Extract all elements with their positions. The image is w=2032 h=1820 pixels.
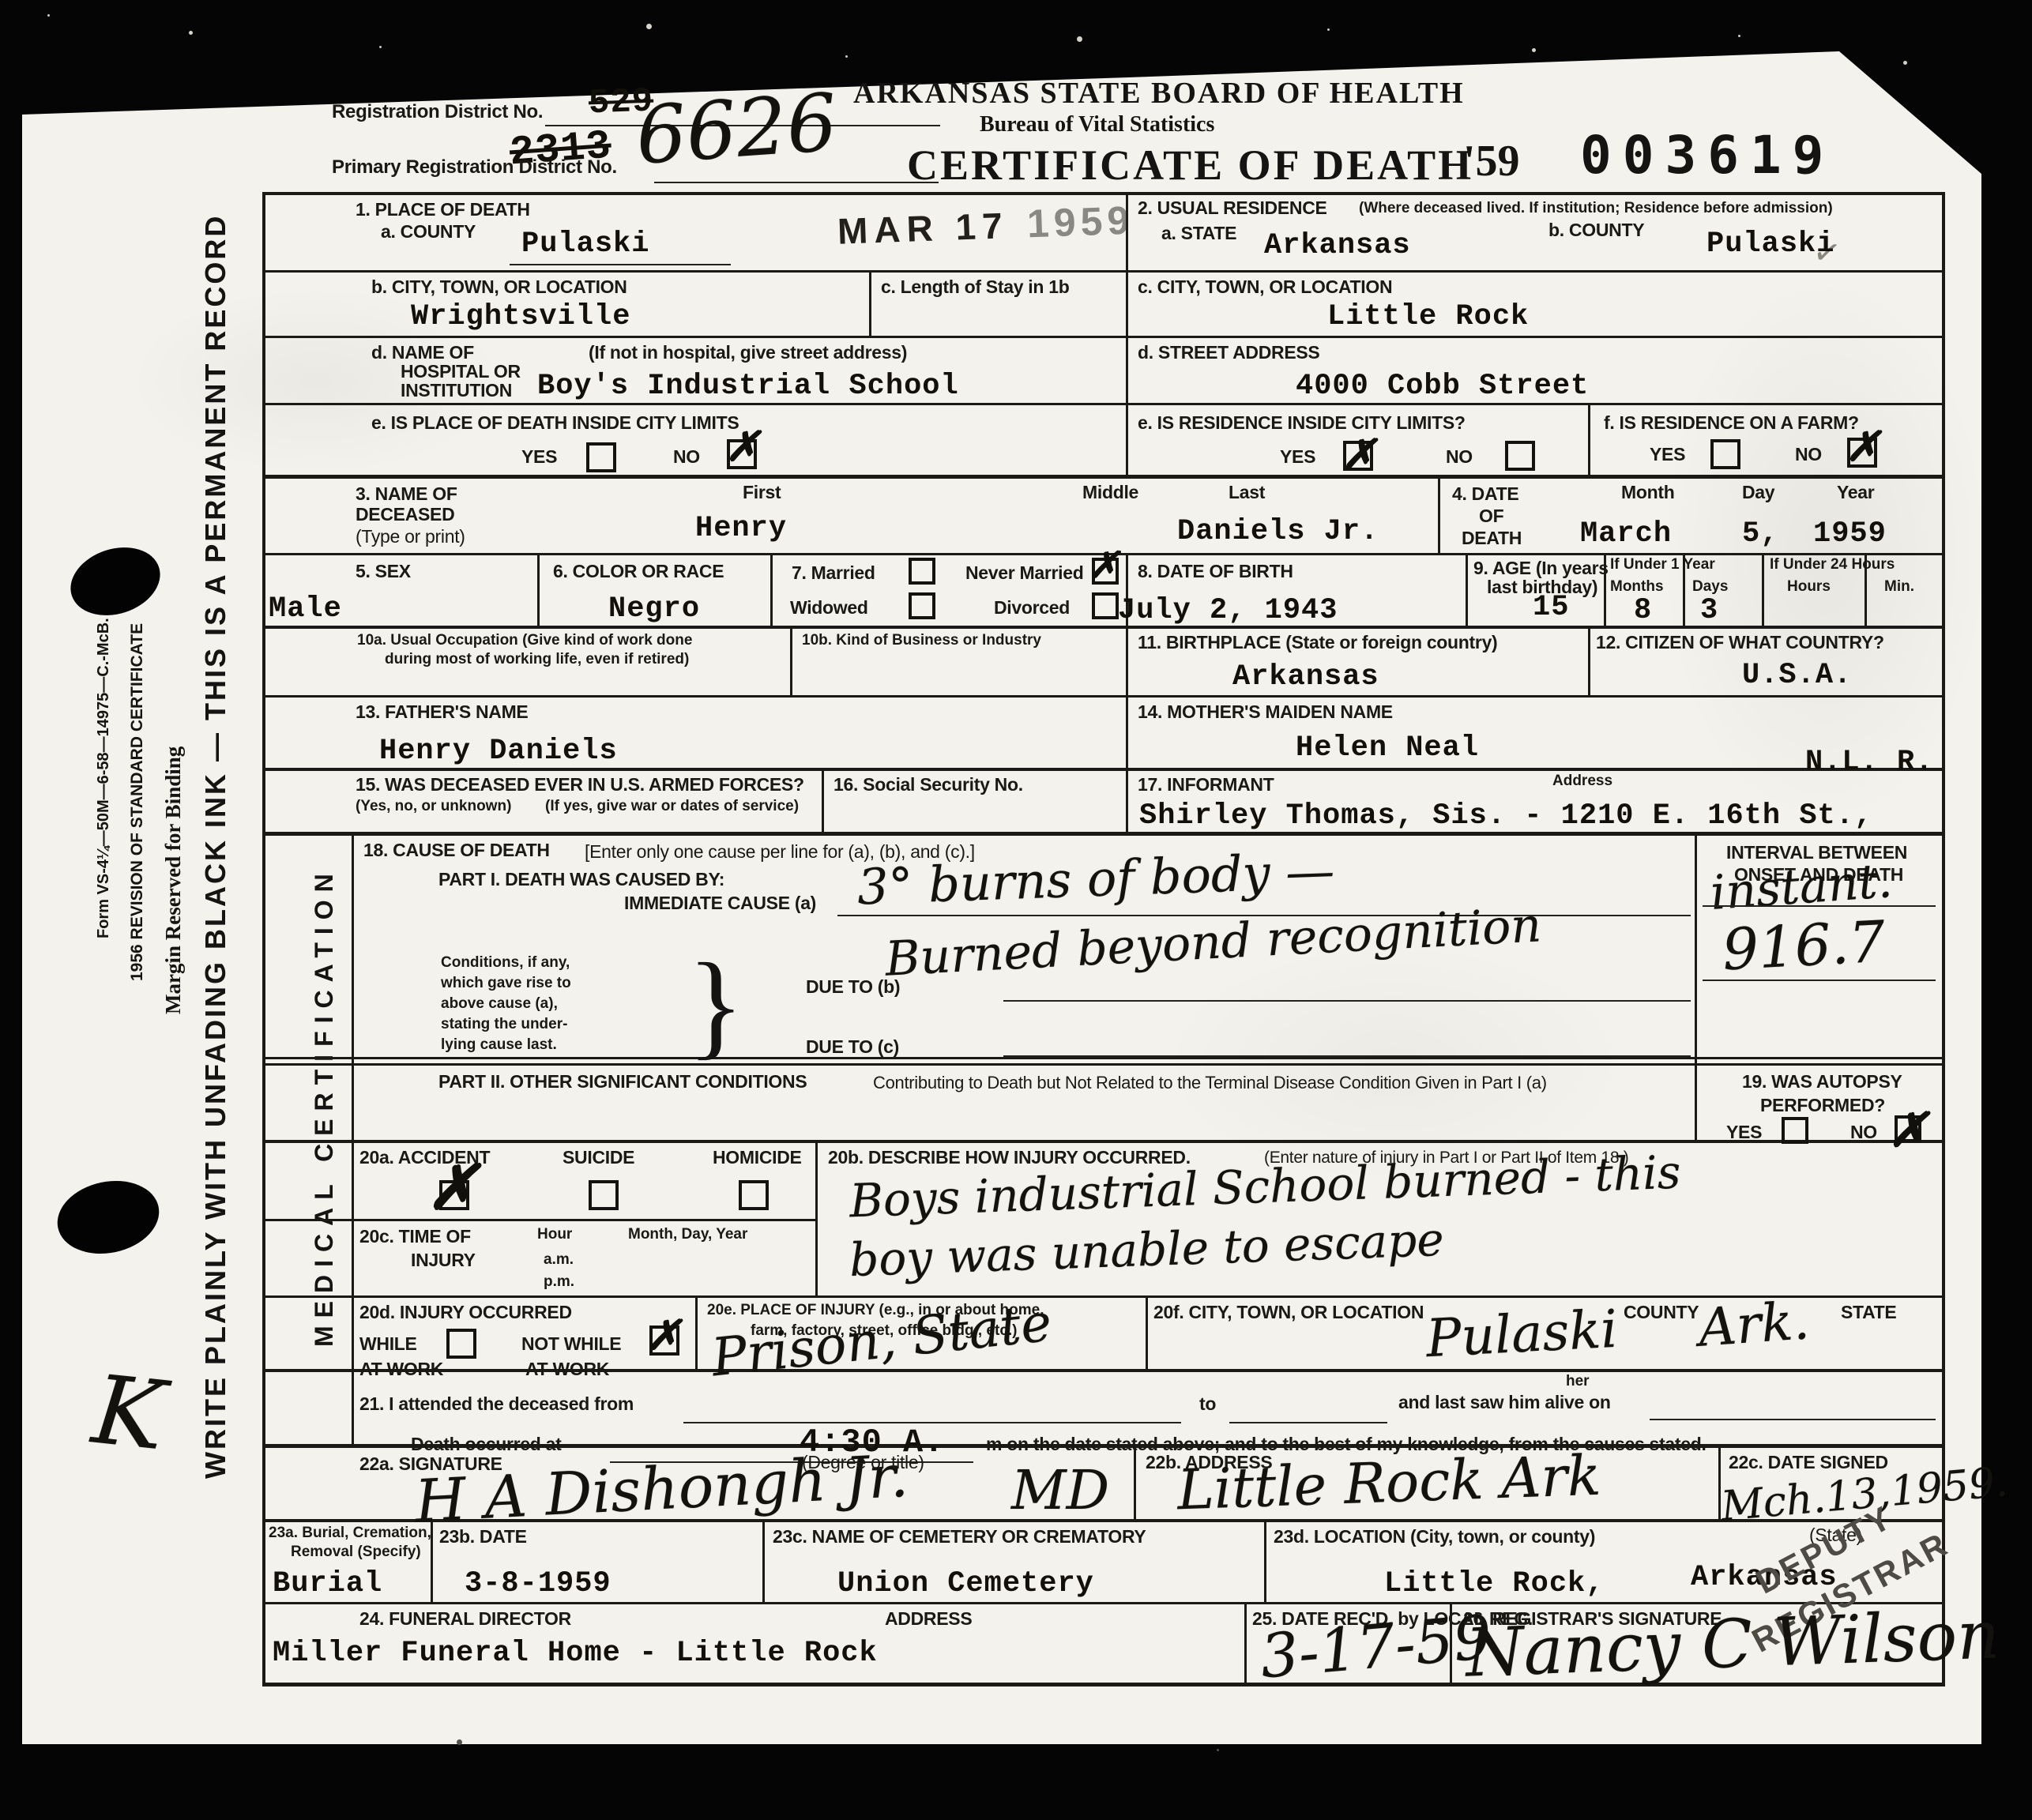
funeral-director-label: 24. FUNERAL DIRECTOR	[359, 1608, 571, 1630]
attended-label: 21. I attended the deceased from	[359, 1393, 634, 1415]
yes-label: YES	[1280, 446, 1315, 468]
yes-label: YES	[521, 446, 557, 468]
part1-label: PART I. DEATH WAS CAUSED BY:	[438, 869, 724, 890]
burial-date-label: 23b. DATE	[439, 1526, 527, 1547]
residence-city-label: c. CITY, TOWN, OR LOCATION	[1138, 276, 1392, 298]
not-while-mark: ✗	[646, 1311, 681, 1359]
margin-form-number: Form VS-4¼—50M—6-58—14975—C.-McB.	[95, 618, 113, 938]
age-value: 15	[1533, 591, 1569, 624]
date-of-death-label-2: OF	[1479, 506, 1503, 527]
cemetery-label: 23c. NAME OF CEMETERY OR CREMATORY	[773, 1526, 1146, 1547]
place-of-death-section-label: 1. PLACE OF DEATH	[356, 199, 530, 220]
birthplace-value: Arkansas	[1232, 660, 1379, 694]
never-married-mark: ✗	[1089, 543, 1119, 586]
margin-revision-note: 1956 REVISION OF STANDARD CERTIFICATE	[128, 623, 147, 981]
armed-forces-label: 15. WAS DECEASED EVER IN U.S. ARMED FORC…	[356, 774, 804, 795]
injury-occurred-label: 20d. INJURY OCCURRED	[359, 1302, 572, 1323]
registration-district-handwritten: 6626	[633, 76, 840, 182]
month-day-year-header: Month, Day, Year	[628, 1226, 747, 1243]
institution-label-2: HOSPITAL OR	[401, 361, 521, 382]
suicide-checkbox	[589, 1180, 619, 1210]
farm-no-mark: ✗	[1846, 423, 1880, 471]
year-stamp: '59	[1463, 136, 1520, 186]
citizen-label: 12. CITIZEN OF WHAT COUNTRY?	[1596, 632, 1884, 653]
sex-label: 5. SEX	[356, 561, 411, 582]
institution-label-3: INSTITUTION	[401, 380, 512, 401]
yes-label: YES	[1726, 1122, 1762, 1143]
days-header: Days	[1692, 578, 1728, 596]
occupation-label-1: 10a. Usual Occupation (Give kind of work…	[357, 632, 692, 649]
primary-registration-label: Primary Registration District No.	[332, 156, 617, 179]
date-of-birth-label: 8. DATE OF BIRTH	[1138, 561, 1293, 582]
received-date-stamp: MAR 17	[837, 204, 1009, 253]
injury-county-value: Pulaski	[1424, 1299, 1619, 1370]
under-24-hours-header: If Under 24 Hours	[1770, 556, 1895, 573]
conditions-note-line1: Conditions, if any,	[441, 954, 570, 972]
age-label-1: 9. AGE (In years	[1473, 558, 1609, 579]
race-label: 6. COLOR OR RACE	[553, 561, 724, 582]
at-work-label-2: AT WORK	[525, 1359, 609, 1380]
first-name-header: First	[743, 482, 781, 503]
middle-name-header: Middle	[1082, 482, 1138, 503]
under-1-year-header: If Under 1 Year	[1610, 556, 1715, 573]
residence-county-value: Pulaski	[1707, 227, 1834, 261]
deceased-name-label-3: (Type or print)	[356, 526, 465, 547]
residence-limits-yes-mark: ✗	[1341, 431, 1376, 479]
death-limits-no-mark: ✗	[725, 423, 760, 471]
occupation-label-2: during most of working life, even if ret…	[385, 651, 689, 668]
margin-permanent-record-note: WRITE PLAINLY WITH UNFADING BLACK INK — …	[199, 214, 232, 1479]
birthplace-label: 11. BIRTHPLACE (State or foreign country…	[1138, 632, 1497, 653]
injury-county-header: COUNTY	[1624, 1302, 1699, 1323]
deceased-name-label-2: DECEASED	[356, 504, 454, 525]
cemetery-value: Union Cemetery	[837, 1567, 1094, 1600]
armed-forces-note-1: (Yes, no, or unknown)	[356, 798, 511, 815]
sex-value: Male	[269, 592, 342, 626]
days-value: 3	[1700, 594, 1718, 627]
homicide-label: HOMICIDE	[713, 1147, 802, 1168]
medical-certification-label: MEDICAL CERTIFICATION	[310, 866, 339, 1347]
time-of-injury-label-1: 20c. TIME OF	[359, 1226, 471, 1247]
autopsy-no-mark: ✗	[1888, 1103, 1928, 1158]
month-header: Month	[1621, 482, 1674, 503]
armed-forces-note-2: (If yes, give war or dates of service)	[545, 798, 799, 815]
institution-label-1: d. NAME OF	[371, 342, 474, 363]
farm-yes-checkbox	[1710, 439, 1740, 469]
residence-section-note: (Where deceased lived. If institution; R…	[1359, 200, 1833, 217]
ssn-label: 16. Social Security No.	[833, 774, 1023, 795]
due-to-c-label: DUE TO (c)	[806, 1036, 899, 1058]
homicide-checkbox	[739, 1180, 769, 1210]
residence-state-value: Arkansas	[1264, 229, 1411, 262]
residence-county-label: b. COUNTY	[1548, 220, 1644, 241]
no-label: NO	[1850, 1122, 1877, 1143]
due-to-b-label: DUE TO (b)	[806, 976, 900, 998]
margin-binding-note: Margin Reserved for Binding	[161, 746, 186, 1014]
last-name-value: Daniels Jr.	[1177, 515, 1379, 548]
institution-value: Boy's Industrial School	[537, 370, 959, 403]
burial-label-2: Removal (Specify)	[291, 1544, 421, 1561]
day-header: Day	[1742, 482, 1774, 503]
informant-label: 17. INFORMANT	[1138, 774, 1274, 795]
mother-name-value: Helen Neal	[1296, 731, 1479, 765]
no-label: NO	[1446, 446, 1473, 468]
immediate-cause-label: IMMEDIATE CAUSE (a)	[624, 893, 816, 914]
degree-value: MD	[1011, 1460, 1109, 1522]
degree-or-title-label: (Degree or title)	[802, 1452, 924, 1473]
no-label: NO	[673, 446, 700, 468]
months-value: 8	[1634, 594, 1652, 627]
residence-limits-no-checkbox	[1505, 441, 1535, 471]
widowed-checkbox	[909, 592, 935, 619]
injury-city-label: 20f. CITY, TOWN, OR LOCATION	[1153, 1302, 1424, 1323]
father-name-label: 13. FATHER'S NAME	[356, 701, 528, 723]
bureau-subtitle: Bureau of Vital Statistics	[980, 112, 1214, 137]
last-name-header: Last	[1229, 482, 1265, 503]
cause-section-label: 18. CAUSE OF DEATH	[363, 840, 550, 861]
business-label: 10b. Kind of Business or Industry	[802, 632, 1041, 649]
to-label: to	[1199, 1393, 1216, 1415]
death-month-value: March	[1580, 517, 1672, 551]
yes-label: YES	[1650, 444, 1685, 465]
min-header: Min.	[1884, 578, 1914, 596]
registration-district-label: Registration District No.	[332, 101, 543, 123]
serial-number-stamp: 003619	[1580, 125, 1834, 186]
institution-note: (If not in hospital, give street address…	[589, 342, 907, 363]
scanned-death-certificate: Form VS-4¼—50M—6-58—14975—C.-McB. 1956 R…	[0, 0, 2032, 1820]
months-header: Months	[1610, 578, 1664, 596]
hours-header: Hours	[1787, 578, 1831, 596]
divorced-label: Divorced	[994, 597, 1070, 619]
city-label: b. CITY, TOWN, OR LOCATION	[371, 276, 627, 298]
county-value: Pulaski	[521, 227, 649, 261]
father-name-value: Henry Daniels	[379, 735, 618, 768]
deceased-name-label-1: 3. NAME OF	[356, 483, 457, 505]
her-correction-note: her	[1566, 1373, 1590, 1390]
cemetery-location-label: 23d. LOCATION (City, town, or county)	[1274, 1526, 1595, 1547]
am-label: a.m.	[544, 1251, 574, 1269]
city-value: Wrightsville	[411, 300, 630, 333]
death-city-limits-label: e. IS PLACE OF DEATH INSIDE CITY LIMITS	[371, 412, 739, 434]
certificate-title: CERTIFICATE OF DEATH	[907, 141, 1473, 190]
part2-note: Contributing to Death but Not Related to…	[873, 1073, 1547, 1093]
year-header: Year	[1837, 482, 1874, 503]
street-address-label: d. STREET ADDRESS	[1138, 342, 1319, 363]
funeral-director-value: Miller Funeral Home - Little Rock	[273, 1637, 878, 1670]
hour-header: Hour	[537, 1226, 572, 1243]
date-of-death-label-1: 4. DATE	[1452, 483, 1518, 505]
divorced-checkbox	[1092, 592, 1119, 619]
informant-nlr-note: N.L. R.	[1805, 746, 1933, 779]
cause-code-handwriting: 916.7	[1721, 908, 1887, 983]
conditions-note-line5: lying cause last.	[441, 1036, 557, 1054]
first-name-value: Henry	[695, 512, 787, 545]
at-work-label: AT WORK	[359, 1359, 443, 1380]
residence-city-limits-label: e. IS RESIDENCE INSIDE CITY LIMITS?	[1138, 412, 1466, 434]
injury-state-header: STATE	[1841, 1302, 1896, 1323]
burial-value: Burial	[273, 1567, 382, 1600]
accident-mark: ✗	[427, 1152, 478, 1224]
married-label: 7. Married	[792, 562, 875, 584]
burial-date-value: 3-8-1959	[465, 1567, 611, 1600]
death-limits-yes-checkbox	[586, 442, 616, 472]
informant-address-header: Address	[1552, 773, 1612, 790]
conditions-note-line2: which gave rise to	[441, 975, 571, 992]
county-label: a. COUNTY	[381, 221, 476, 243]
citizen-value: U.S.A.	[1742, 659, 1852, 692]
part2-label: PART II. OTHER SIGNIFICANT CONDITIONS	[438, 1071, 807, 1092]
autopsy-yes-checkbox	[1782, 1117, 1808, 1144]
autopsy-label-2: PERFORMED?	[1760, 1095, 1885, 1116]
length-of-stay-label: c. Length of Stay in 1b	[881, 276, 1069, 298]
board-title: ARKANSAS STATE BOARD OF HEALTH	[853, 76, 1465, 111]
conditions-bracket: }	[687, 937, 744, 1073]
farm-label: f. IS RESIDENCE ON A FARM?	[1604, 412, 1859, 434]
suicide-label: SUICIDE	[563, 1147, 634, 1168]
while-label: WHILE	[359, 1333, 417, 1355]
conditions-note-line4: stating the under-	[441, 1016, 567, 1033]
date-of-death-label-3: DEATH	[1462, 528, 1522, 549]
received-date-stamp-year: 1959	[1026, 197, 1135, 247]
mother-name-label: 14. MOTHER'S MAIDEN NAME	[1138, 701, 1393, 723]
last-saw-alive-label: and last saw him alive on	[1398, 1392, 1611, 1413]
widowed-label: Widowed	[790, 597, 868, 619]
death-year-value: 1959	[1813, 517, 1887, 551]
pm-label: p.m.	[544, 1273, 574, 1291]
not-while-label: NOT WHILE	[521, 1333, 621, 1355]
street-address-value: 4000 Cobb Street	[1296, 370, 1589, 403]
date-of-birth-value: July 2, 1943	[1118, 594, 1338, 627]
conditions-note-line3: above cause (a),	[441, 995, 558, 1013]
never-married-label: Never Married	[965, 562, 1084, 584]
informant-value: Shirley Thomas, Sis. - 1210 E. 16th St.,	[1139, 799, 1872, 833]
death-day-value: 5,	[1742, 517, 1778, 551]
residence-section-label: 2. USUAL RESIDENCE	[1138, 197, 1327, 219]
funeral-address-header: ADDRESS	[885, 1608, 972, 1630]
residence-city-value: Little Rock	[1327, 300, 1529, 333]
death-occurred-label: Death occurred at	[411, 1434, 561, 1455]
while-at-work-checkbox	[446, 1329, 476, 1359]
residence-state-label: a. STATE	[1161, 223, 1236, 244]
injury-state-value: Ark.	[1696, 1290, 1811, 1359]
pencil-mark-k: K	[88, 1356, 170, 1472]
married-checkbox	[909, 558, 935, 585]
scan-speckles	[47, 14, 50, 17]
autopsy-label-1: 19. WAS AUTOPSY	[1742, 1071, 1902, 1092]
cemetery-location-value: Little Rock,	[1384, 1567, 1604, 1600]
burial-label-1: 23a. Burial, Cremation,	[269, 1525, 431, 1542]
race-value: Negro	[608, 592, 700, 626]
time-of-injury-label-2: INJURY	[411, 1250, 476, 1271]
no-label: NO	[1795, 444, 1822, 465]
